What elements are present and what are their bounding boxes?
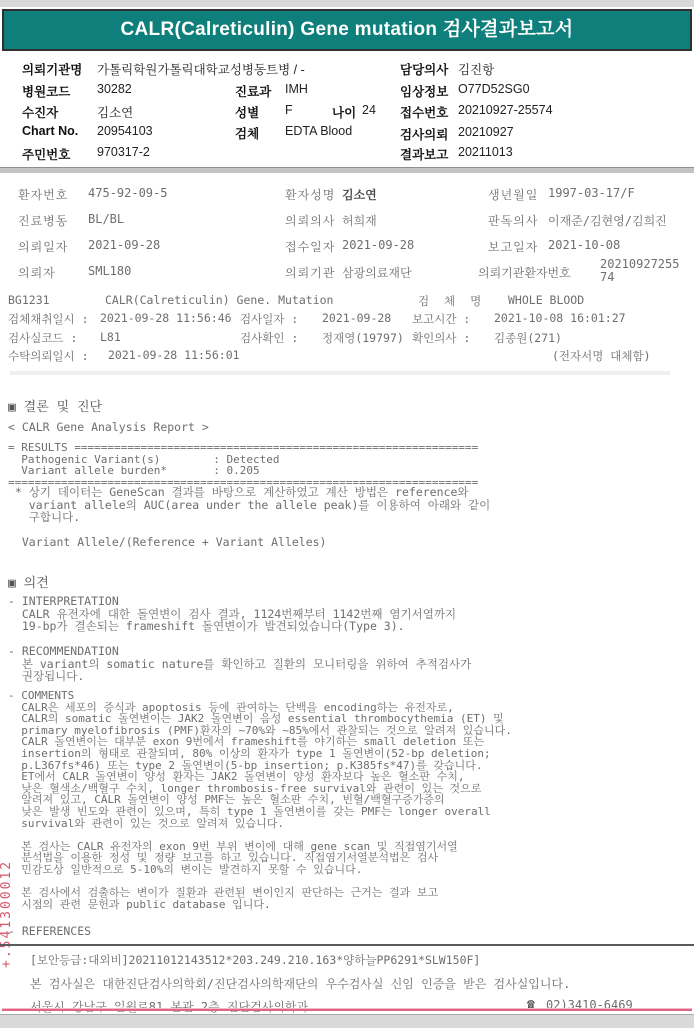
analysis-report-header: < CALR Gene Analysis Report > — [8, 421, 209, 434]
lab-code-value: L81 — [100, 330, 121, 344]
referring-md-label: 의뢰의사 — [285, 212, 335, 229]
order-value-age: 24 — [362, 103, 376, 117]
requester-label: 의뢰자 — [18, 264, 56, 281]
comments-block: - COMMENTS CALR은 세포의 증식과 apoptosis 등에 관여… — [8, 690, 512, 910]
esign-note: (전자서명 대체함) — [552, 348, 651, 364]
org-patient-no-value: 2021092725574 — [600, 258, 684, 284]
references-block: - REFERENCES — [8, 925, 91, 938]
order-label-department: 진료과 — [235, 82, 271, 100]
order-value-report-date: 20211013 — [458, 145, 513, 159]
order-value-department: IMH — [285, 82, 308, 96]
order-label-receipt-no: 접수번호 — [400, 103, 448, 121]
specimen-name-value: WHOLE BLOOD — [508, 293, 584, 307]
patient-name-label: 환자성명 — [285, 186, 335, 203]
referring-md-value: 허희재 — [342, 212, 377, 229]
verified-label: 검사확인 : — [240, 330, 298, 346]
birthdate-value: 1997-03-17/F — [548, 186, 635, 200]
accreditation-line: 본 검사실은 대한진단검사의학회/진단검사의학재단의 우수검사실 신임 인증을 … — [30, 975, 570, 992]
test-date-label: 검사일자 : — [240, 311, 298, 327]
interpretation-block: - INTERPRETATION CALR 유전자에 대한 돌연변이 검사 결과… — [8, 595, 456, 633]
org-patient-no-label: 의뢰기관환자번호 — [478, 264, 571, 281]
order-label-report-date: 결과보고 — [400, 145, 448, 163]
burden-note-block: * 상기 데이터는 GeneScan 결과를 바탕으로 계산하였고 계산 방법은… — [8, 486, 490, 549]
order-value-specimen: EDTA Blood — [285, 124, 352, 138]
footer-top-rule — [0, 944, 694, 946]
scan-top-bar — [0, 0, 694, 8]
confirm-md-value: 김종원(271) — [494, 330, 562, 346]
patient-name: 김소연 — [342, 186, 377, 203]
order-label-physician: 담당의사 — [400, 60, 448, 78]
order-label-hospital-code: 병원코드 — [22, 82, 70, 100]
request-date-label: 의뢰일자 — [18, 238, 68, 255]
request-date-value: 2021-09-28 — [88, 238, 160, 252]
ward-label: 진료병동 — [18, 212, 68, 229]
order-label-sex: 성별 — [235, 103, 259, 121]
recommendation-block: - RECOMMENDATION 본 variant의 somatic natu… — [8, 645, 471, 683]
page-title: CALR(Calreticulin) Gene mutation 검사결과보고서 — [4, 11, 690, 49]
section-separator — [0, 167, 694, 173]
scan-artifact-band — [10, 371, 670, 375]
results-block: = RESULTS ==============================… — [8, 442, 478, 488]
report-time-label: 보고시간 : — [412, 311, 470, 327]
security-classification-line: [보안등급:대외비]20211012143512*203.249.210.163… — [30, 952, 480, 968]
report-date-label: 보고일자 — [488, 238, 538, 255]
test-date-value: 2021-09-28 — [322, 311, 391, 325]
verified-value: 정재영(19797) — [322, 330, 404, 346]
order-label-request-date: 검사의뢰 — [400, 125, 448, 143]
order-label-resident-no: 주민번호 — [22, 145, 70, 163]
conclusion-section-title: ▣ 결론 및 진단 — [8, 396, 102, 415]
scan-bottom-bar — [0, 1014, 694, 1028]
referring-org-value: 삼광의료재단 — [342, 264, 412, 281]
patient-number: 475-92-09-5 — [88, 186, 167, 200]
test-code: BG1231 — [8, 293, 50, 307]
order-label-clinical-info: 임상정보 — [400, 82, 448, 100]
specimen-name-label: 검 체 명 — [418, 293, 485, 309]
order-value-sex: F — [285, 103, 293, 117]
consign-label: 수탁의뢰일시 : — [8, 348, 89, 364]
report-title-banner: CALR(Calreticulin) Gene mutation 검사결과보고서 — [2, 9, 692, 51]
lab-code-label: 검사실코드 : — [8, 330, 77, 346]
order-label-age: 나이 — [332, 103, 356, 121]
test-name: CALR(Calreticulin) Gene. Mutation — [105, 293, 333, 307]
lab-address: 서울시 강남구 일원로81 본관 2층 진단검사의학과 — [30, 998, 308, 1015]
order-value-resident-no: 970317-2 — [97, 145, 150, 159]
order-value-hospital-code: 30282 — [97, 82, 132, 96]
order-value-institution: 가톨릭학원가톨릭대학교성병동트병 / - — [97, 60, 305, 78]
footer-pink-rule — [2, 1008, 692, 1011]
order-value-physician: 김진항 — [458, 60, 494, 78]
collected-value: 2021-09-28 11:56:46 — [100, 311, 232, 325]
order-label-institution: 의뢰기관명 — [22, 60, 82, 78]
reading-md-value: 이재준/김현영/김희진 — [548, 212, 667, 229]
report-time-value: 2021-10-08 16:01:27 — [494, 311, 626, 325]
receipt-date-value: 2021-09-28 — [342, 238, 414, 252]
order-value-chart-no: 20954103 — [97, 124, 153, 138]
order-label-chart-no: Chart No. — [22, 124, 78, 138]
birthdate-label: 생년월일 — [488, 186, 538, 203]
order-label-examinee: 수진자 — [22, 103, 58, 121]
order-label-specimen: 검체 — [235, 124, 259, 142]
order-value-request-date: 20210927 — [458, 125, 514, 139]
patient-label: 환자번호 — [18, 186, 68, 203]
opinion-section-title: ▣ 의견 — [8, 572, 49, 591]
reading-md-label: 판독의사 — [488, 212, 538, 229]
order-value-examinee: 김소연 — [97, 103, 133, 121]
receipt-date-label: 접수일자 — [285, 238, 335, 255]
confirm-md-label: 확인의사 : — [412, 330, 470, 346]
ward-value: BL/BL — [88, 212, 124, 226]
requester-value: SML180 — [88, 264, 131, 278]
collected-label: 검체채취일시 : — [8, 311, 89, 327]
order-value-clinical-info: O77D52SG0 — [458, 82, 530, 96]
consign-value: 2021-09-28 11:56:01 — [108, 348, 240, 362]
order-value-receipt-no: 20210927-25574 — [458, 103, 553, 117]
side-security-stamp: +.541300012 — [0, 768, 15, 968]
referring-org-label: 의뢰기관 — [285, 264, 335, 281]
report-date-value: 2021-10-08 — [548, 238, 620, 252]
